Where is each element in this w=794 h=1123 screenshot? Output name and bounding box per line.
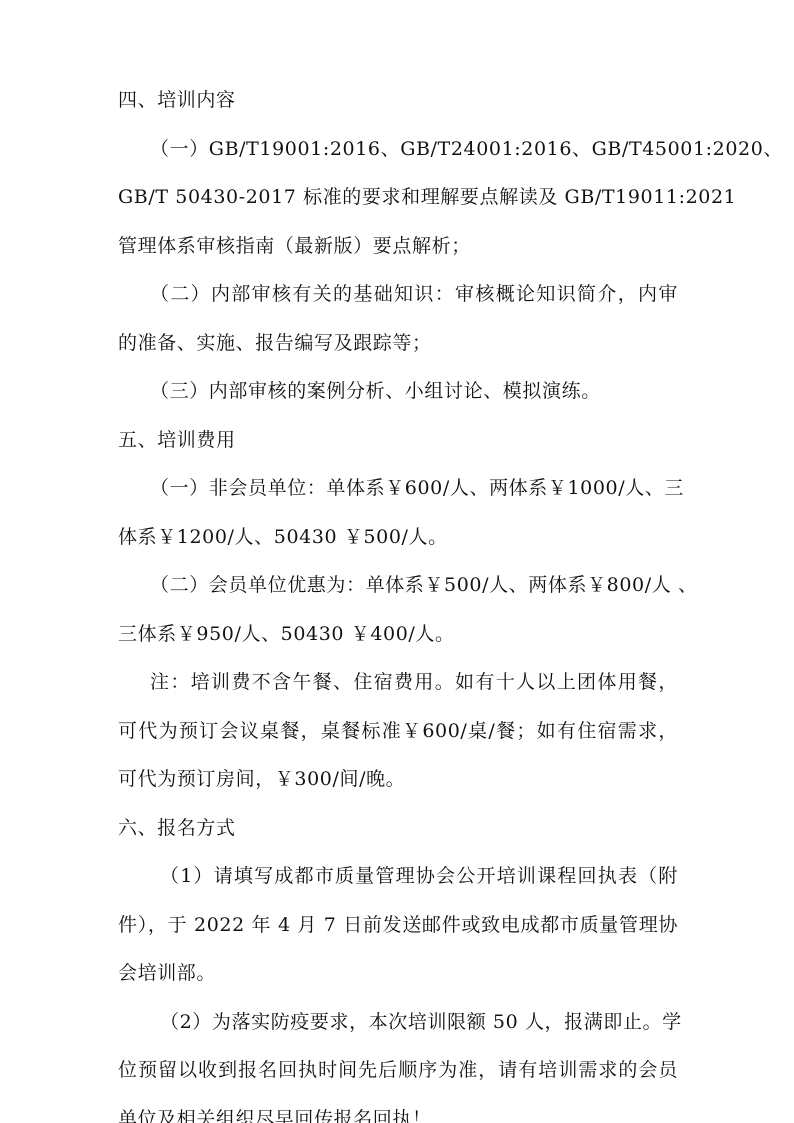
paragraph-line: （二）会员单位优惠为：单体系￥500/人、两体系￥800/人 、 (150, 573, 678, 597)
paragraph-line: 单位及相关组织尽早回传报名回执！ (118, 1107, 432, 1123)
paragraph-line: （一）非会员单位：单体系￥600/人、两体系￥1000/人、三 (150, 476, 678, 500)
section-heading: 五、培训费用 (118, 428, 236, 452)
paragraph-line: 可代为预订房间，￥300/间/晚。 (118, 767, 405, 791)
paragraph-line: （2）为落实防疫要求，本次培训限额 50 人，报满即止。学 (160, 1010, 678, 1034)
paragraph-line: 三体系￥950/人、50430 ￥400/人。 (118, 622, 455, 646)
paragraph-line: （一）GB/T19001:2016、GB/T24001:2016、GB/T450… (150, 137, 678, 161)
paragraph-line: 注：培训费不含午餐、住宿费用。如有十人以上团体用餐， (150, 670, 678, 694)
section-heading: 四、培训内容 (118, 88, 236, 112)
section-heading: 六、报名方式 (118, 816, 236, 840)
paragraph-line: 可代为预订会议桌餐，桌餐标准￥600/桌/餐；如有住宿需求， (118, 719, 678, 743)
paragraph-line: 体系￥1200/人、50430 ￥500/人。 (118, 525, 448, 549)
paragraph-line: （三）内部审核的案例分析、小组讨论、模拟演练。 (150, 379, 601, 403)
paragraph-line: 位预留以收到报名回执时间先后顺序为准，请有培训需求的会员 (118, 1058, 678, 1082)
paragraph-line: （1）请填写成都市质量管理协会公开培训课程回执表（附 (160, 864, 678, 888)
paragraph-line: 件），于 2022 年 4 月 7 日前发送邮件或致电成都市质量管理协 (118, 913, 678, 937)
paragraph-line: GB/T 50430-2017 标准的要求和理解要点解读及 GB/T19011:… (118, 185, 678, 209)
paragraph-line: 管理体系审核指南（最新版）要点解析； (118, 234, 471, 258)
paragraph-line: 会培训部。 (118, 961, 216, 985)
paragraph-line: 的准备、实施、报告编写及跟踪等； (118, 331, 432, 355)
paragraph-line: （二）内部审核有关的基础知识：审核概论知识简介，内审 (150, 282, 678, 306)
